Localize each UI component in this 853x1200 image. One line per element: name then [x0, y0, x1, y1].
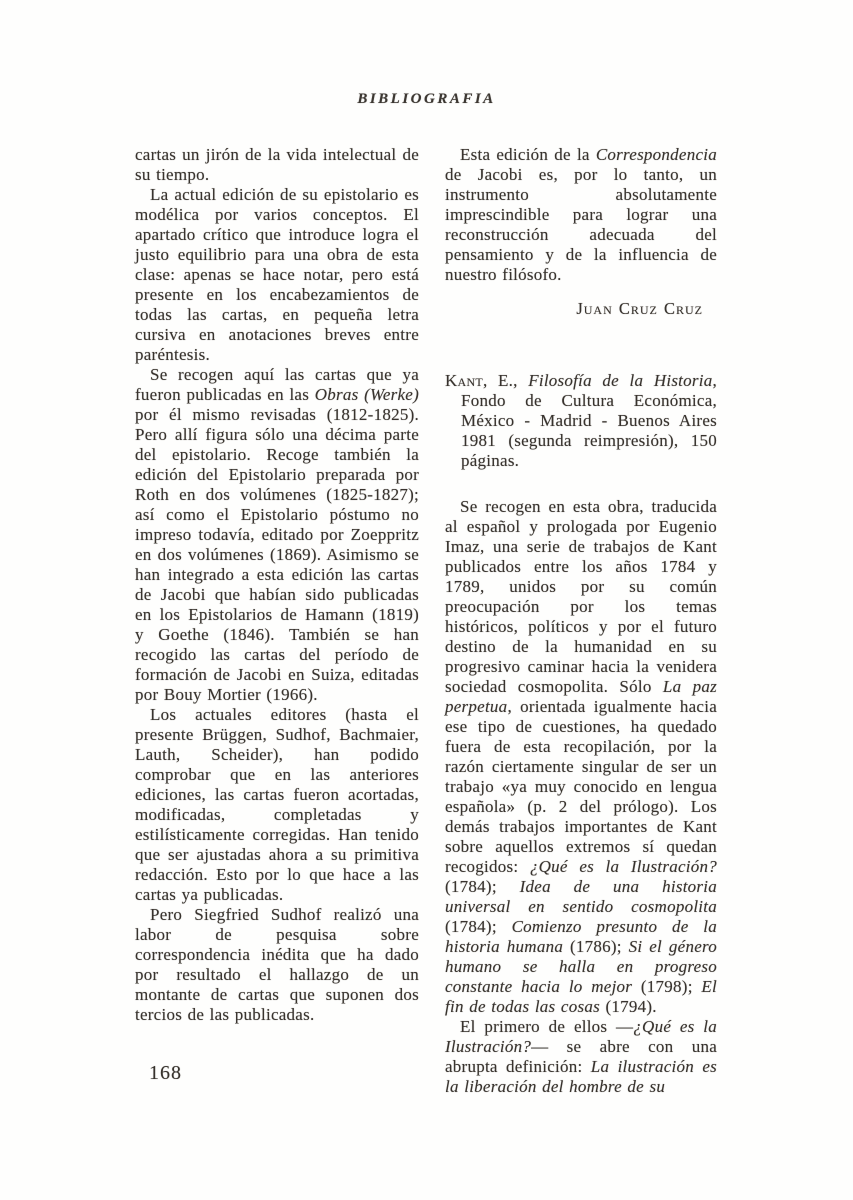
reviewer-signature: Juan Cruz Cruz [445, 299, 717, 319]
paragraph: La actual edición de su epistolario es m… [135, 185, 419, 365]
paragraph: El primero de ellos —¿Qué es la Ilustrac… [445, 1017, 717, 1097]
right-column: Esta edición de la Correspondencia de Ja… [445, 145, 717, 1097]
left-column: cartas un jirón de la vida intelectual d… [135, 145, 419, 1025]
paragraph: Se recogen en esta obra, traducida al es… [445, 497, 717, 1017]
bibliography-entry: Kant, E., Filosofía de la Historia, Fond… [445, 371, 717, 471]
paragraph: Se recogen aquí las cartas que ya fueron… [135, 365, 419, 705]
paragraph: cartas un jirón de la vida intelectual d… [135, 145, 419, 185]
running-head-title: BIBLIOGRAFIA [0, 91, 853, 108]
paragraph: Esta edición de la Correspondencia de Ja… [445, 145, 717, 285]
paragraph: Los actuales editores (hasta el presente… [135, 705, 419, 905]
paragraph: Pero Siegfried Sudhof realizó una labor … [135, 905, 419, 1025]
page-number: 168 [149, 1062, 182, 1085]
scanned-page: BIBLIOGRAFIA cartas un jirón de la vida … [0, 0, 853, 1200]
